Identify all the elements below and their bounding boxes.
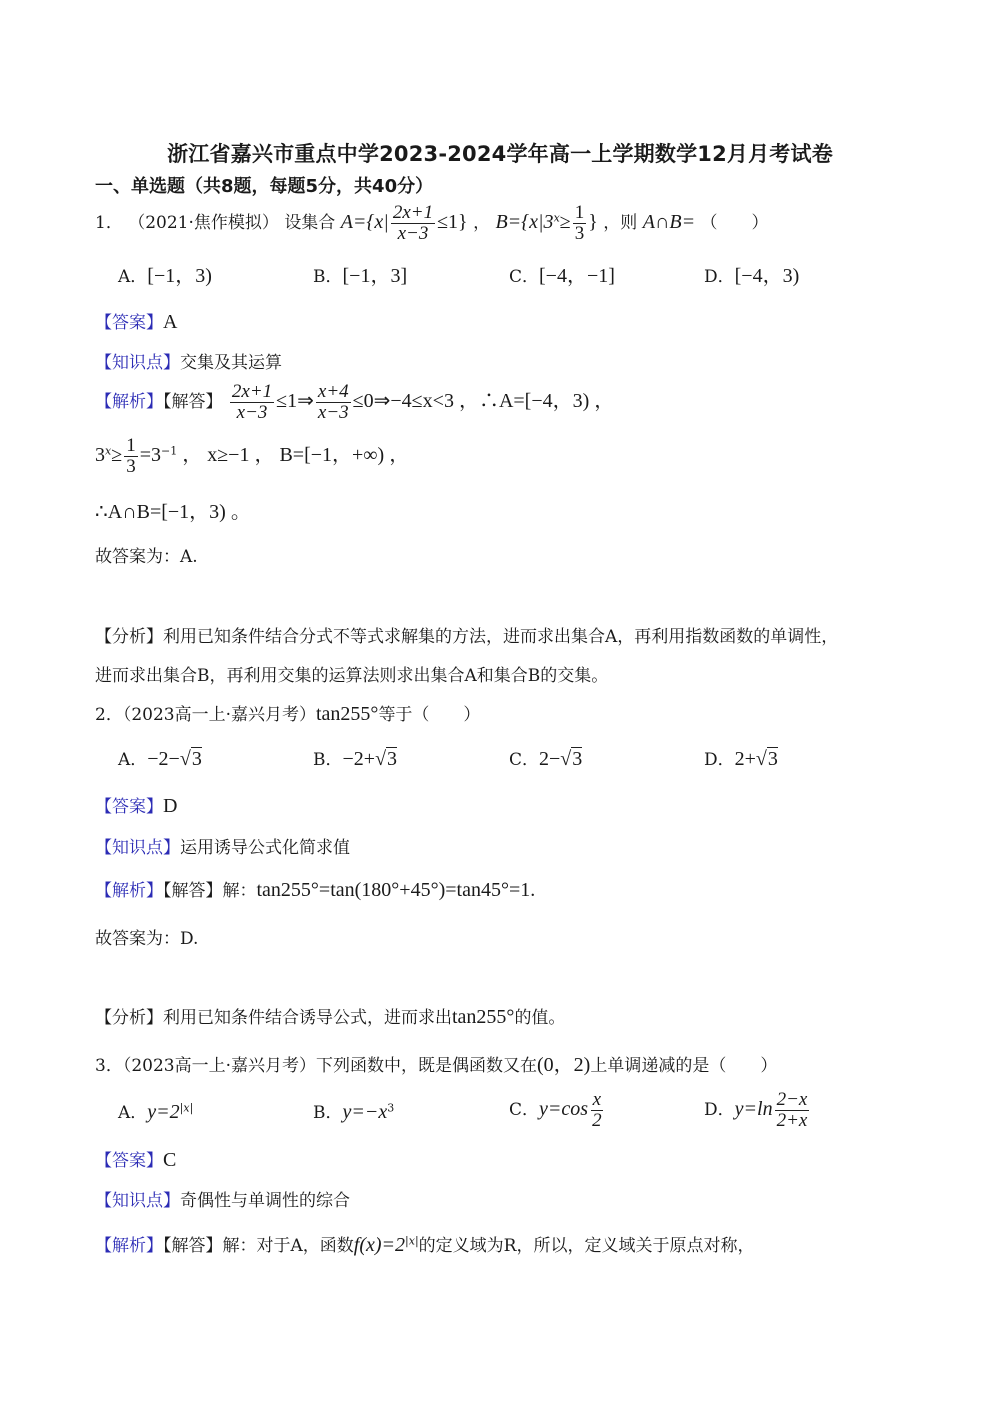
math-text: =3 bbox=[140, 444, 161, 466]
analysis-label: 【解析】 bbox=[95, 392, 163, 412]
option-letter: D． bbox=[704, 1100, 735, 1120]
answer-row: 【答案】C bbox=[95, 1146, 176, 1172]
math-text: tan255° bbox=[452, 1006, 514, 1028]
question-number: 2． bbox=[95, 705, 123, 725]
option-letter: B． bbox=[313, 1103, 343, 1123]
fenxi-label: 【分析】 bbox=[95, 1008, 163, 1028]
numerator: 1 bbox=[573, 203, 587, 224]
denominator: x−3 bbox=[316, 403, 351, 423]
question-2-stem: 2．（2023高一上·嘉兴月考）tan255°等于（ ） bbox=[95, 700, 480, 726]
set-a: A={x| bbox=[341, 211, 389, 233]
stem-text: 设集合 bbox=[284, 213, 335, 233]
option-value: −2− bbox=[147, 748, 180, 770]
fraction: 2−x2+x bbox=[775, 1090, 810, 1131]
option-value: [−1，3) bbox=[147, 265, 212, 287]
math-text: tan255°=tan(180°+45°)=tan45°=1. bbox=[257, 879, 536, 901]
analysis-line-2: 进而求出集合B，再利用交集的运算法则求出集合A和集合B的交集。 bbox=[95, 661, 608, 686]
option-letter: C． bbox=[509, 1100, 539, 1120]
solution-line-2: 3x≥13=3−1 ， x≥−1 ， B=[−1，+∞) ， bbox=[95, 436, 409, 477]
analysis-text: 利用已知条件结合分式不等式求解集的方法，进而求出集合A，再利用指数函数的单调性， bbox=[163, 627, 838, 647]
stem-text: 等于（ ） bbox=[378, 705, 480, 725]
solution-line-1: 【解析】【解答】 2x+1x−3≤1⇒x+4x−3≤0⇒−4≤x<3 ，∴A=[… bbox=[95, 382, 614, 423]
solution-line: 【解析】【解答】解：tan255°=tan(180°+45°)=tan45°=1… bbox=[95, 876, 535, 902]
exponent: |x| bbox=[405, 1234, 419, 1247]
set-b: B={x|3 bbox=[495, 211, 553, 233]
math-text: ， x≥−1 ， B=[−1，+∞) ， bbox=[177, 444, 409, 466]
option-d: D．2+√3 bbox=[704, 745, 778, 771]
option-c: C．[−4，−1] bbox=[509, 259, 615, 288]
separator: ， bbox=[473, 213, 490, 233]
denominator: 3 bbox=[124, 457, 138, 477]
denominator: x−3 bbox=[396, 224, 431, 244]
question-source: （2021·焦作模拟） bbox=[128, 213, 279, 233]
ge-sign: ≥ bbox=[560, 211, 571, 233]
option-b: B．[−1，3] bbox=[313, 259, 407, 288]
denominator: x−3 bbox=[235, 403, 270, 423]
fraction: 13 bbox=[124, 436, 138, 477]
option-a: A．[−1，3) bbox=[118, 259, 212, 288]
option-letter: C． bbox=[509, 267, 539, 287]
answer-label: 【答案】 bbox=[95, 1151, 163, 1171]
exponent: |x| bbox=[180, 1101, 194, 1114]
math-text: f(x)=2 bbox=[354, 1234, 405, 1256]
question-3-stem: 3．（2023高一上·嘉兴月考）下列函数中，既是偶函数又在(0，2)上单调递减的… bbox=[95, 1048, 777, 1077]
option-a: A．y=2|x| bbox=[118, 1098, 193, 1124]
fraction: 13 bbox=[573, 203, 587, 244]
question-source: （2023高一上·嘉兴月考） bbox=[123, 705, 316, 725]
option-value: [−1，3] bbox=[343, 265, 408, 287]
sqrt-radicand: 3 bbox=[386, 747, 397, 770]
option-value: y=cos bbox=[539, 1098, 588, 1120]
solution-line-3: ∴A∩B=[−1，3) 。 bbox=[95, 495, 251, 524]
exponent: −1 bbox=[161, 444, 177, 457]
question-source: （2023高一上·嘉兴月考） bbox=[123, 1056, 316, 1076]
sqrt-radicand: 3 bbox=[767, 747, 778, 770]
knowledge-value: 交集及其运算 bbox=[180, 353, 282, 373]
solution-prefix: 解： bbox=[223, 881, 257, 901]
numerator: x bbox=[591, 1090, 603, 1111]
option-letter: C． bbox=[509, 750, 539, 770]
knowledge-label: 【知识点】 bbox=[95, 353, 180, 373]
solution-line: 【解析】【解答】解：对于A，函数f(x)=2|x|的定义域为R，所以，定义域关于… bbox=[95, 1231, 754, 1257]
set-b-end: } bbox=[588, 211, 598, 233]
numerator: 2−x bbox=[775, 1090, 810, 1111]
fraction: 2x+1x−3 bbox=[230, 382, 274, 423]
answer-row: 【答案】A bbox=[95, 308, 177, 334]
question-number: 1． bbox=[95, 213, 123, 233]
option-a: A．−2−√3 bbox=[118, 745, 202, 771]
math-text: (0，2) bbox=[537, 1054, 590, 1076]
option-letter: B． bbox=[313, 267, 343, 287]
sqrt-radicand: 3 bbox=[191, 747, 202, 770]
option-value: y=2 bbox=[147, 1101, 179, 1123]
answer-row: 【答案】D bbox=[95, 792, 177, 818]
fraction: 2x+1x−3 bbox=[391, 203, 435, 244]
option-letter: B． bbox=[313, 750, 343, 770]
option-c: C．y=cosx2 bbox=[509, 1090, 606, 1131]
knowledge-row: 【知识点】奇偶性与单调性的综合 bbox=[95, 1186, 350, 1211]
knowledge-label: 【知识点】 bbox=[95, 1191, 180, 1211]
option-value: 2+ bbox=[735, 748, 756, 770]
denominator: 3 bbox=[573, 224, 587, 244]
option-value: y=ln bbox=[735, 1098, 773, 1120]
option-c: C．2−√3 bbox=[509, 745, 582, 771]
option-letter: A． bbox=[118, 1103, 147, 1123]
numerator: x+4 bbox=[316, 382, 351, 403]
answer-value: C bbox=[163, 1149, 176, 1171]
option-letter: D． bbox=[704, 267, 735, 287]
analysis-line-1: 【分析】利用已知条件结合分式不等式求解集的方法，进而求出集合A，再利用指数函数的… bbox=[95, 622, 838, 647]
stem-text: 下列函数中，既是偶函数又在 bbox=[316, 1056, 537, 1076]
option-d: D．y=ln2−x2+x bbox=[704, 1090, 811, 1131]
option-d: D．[−4，3) bbox=[704, 259, 799, 288]
sqrt-radicand: 3 bbox=[571, 747, 582, 770]
set-a-end: ≤1} bbox=[437, 211, 468, 233]
analysis-line: 【分析】利用已知条件结合诱导公式，进而求出tan255°的值。 bbox=[95, 1003, 565, 1029]
answer-value: D bbox=[163, 795, 177, 817]
numerator: 2x+1 bbox=[391, 203, 435, 224]
conclusion: 故答案为：D. bbox=[95, 924, 198, 949]
stem-text: 上单调递减的是（ ） bbox=[590, 1056, 777, 1076]
option-letter: A． bbox=[118, 267, 147, 287]
answer-label: 【答案】 bbox=[95, 797, 163, 817]
fenxi-label: 【分析】 bbox=[95, 627, 163, 647]
math-text: ≤1⇒ bbox=[276, 390, 314, 412]
analysis-text: 的值。 bbox=[514, 1008, 565, 1028]
solution-label: 【解答】 bbox=[163, 392, 223, 412]
exponent: 3 bbox=[387, 1101, 394, 1114]
solution-label: 【解答】 bbox=[163, 881, 223, 901]
knowledge-value: 奇偶性与单调性的综合 bbox=[180, 1191, 350, 1211]
option-letter: D． bbox=[704, 750, 735, 770]
exam-title: 浙江省嘉兴市重点中学2023-2024学年高一上学期数学12月月考试卷 bbox=[0, 138, 1000, 168]
math-text: ≥ bbox=[111, 444, 122, 466]
numerator: 2x+1 bbox=[230, 382, 274, 403]
option-letter: A． bbox=[118, 750, 147, 770]
option-value: 2− bbox=[539, 748, 560, 770]
math-text: ≤0⇒−4≤x<3 ，∴A=[−4，3) ， bbox=[353, 390, 615, 412]
solution-text: 解：对于A，函数 bbox=[223, 1236, 354, 1256]
solution-text: 的定义域为R，所以，定义域关于原点对称， bbox=[419, 1236, 755, 1256]
knowledge-row: 【知识点】运用诱导公式化简求值 bbox=[95, 833, 350, 858]
knowledge-label: 【知识点】 bbox=[95, 838, 180, 858]
section-heading: 一、单选题（共8题，每题5分，共40分） bbox=[95, 172, 433, 198]
knowledge-row: 【知识点】交集及其运算 bbox=[95, 348, 282, 373]
option-value: y=−x bbox=[343, 1101, 388, 1123]
stem-text: ，则 bbox=[603, 213, 637, 233]
option-value: −2+ bbox=[343, 748, 376, 770]
option-value: [−4，−1] bbox=[539, 265, 615, 287]
answer-value: A bbox=[163, 311, 177, 333]
answer-blank: （ ） bbox=[700, 213, 768, 233]
math-text: tan255° bbox=[316, 703, 378, 725]
analysis-label: 【解析】 bbox=[95, 881, 163, 901]
knowledge-value: 运用诱导公式化简求值 bbox=[180, 838, 350, 858]
solution-label: 【解答】 bbox=[163, 1236, 223, 1256]
question-number: 3． bbox=[95, 1056, 123, 1076]
analysis-label: 【解析】 bbox=[95, 1236, 163, 1256]
answer-label: 【答案】 bbox=[95, 313, 163, 333]
analysis-text: 利用已知条件结合诱导公式，进而求出 bbox=[163, 1008, 452, 1028]
option-b: B．−2+√3 bbox=[313, 745, 397, 771]
question-ask: A∩B= bbox=[643, 211, 695, 233]
math-text: 3 bbox=[95, 444, 105, 466]
fraction: x+4x−3 bbox=[316, 382, 351, 423]
denominator: 2+x bbox=[775, 1111, 810, 1131]
denominator: 2 bbox=[590, 1111, 604, 1131]
option-value: [−4，3) bbox=[735, 265, 800, 287]
numerator: 1 bbox=[124, 436, 138, 457]
option-b: B．y=−x3 bbox=[313, 1098, 394, 1124]
question-1-stem: 1． （2021·焦作模拟） 设集合 A={x|2x+1x−3≤1} ， B={… bbox=[95, 203, 768, 244]
fraction: x2 bbox=[590, 1090, 604, 1131]
conclusion: 故答案为：A. bbox=[95, 542, 198, 567]
